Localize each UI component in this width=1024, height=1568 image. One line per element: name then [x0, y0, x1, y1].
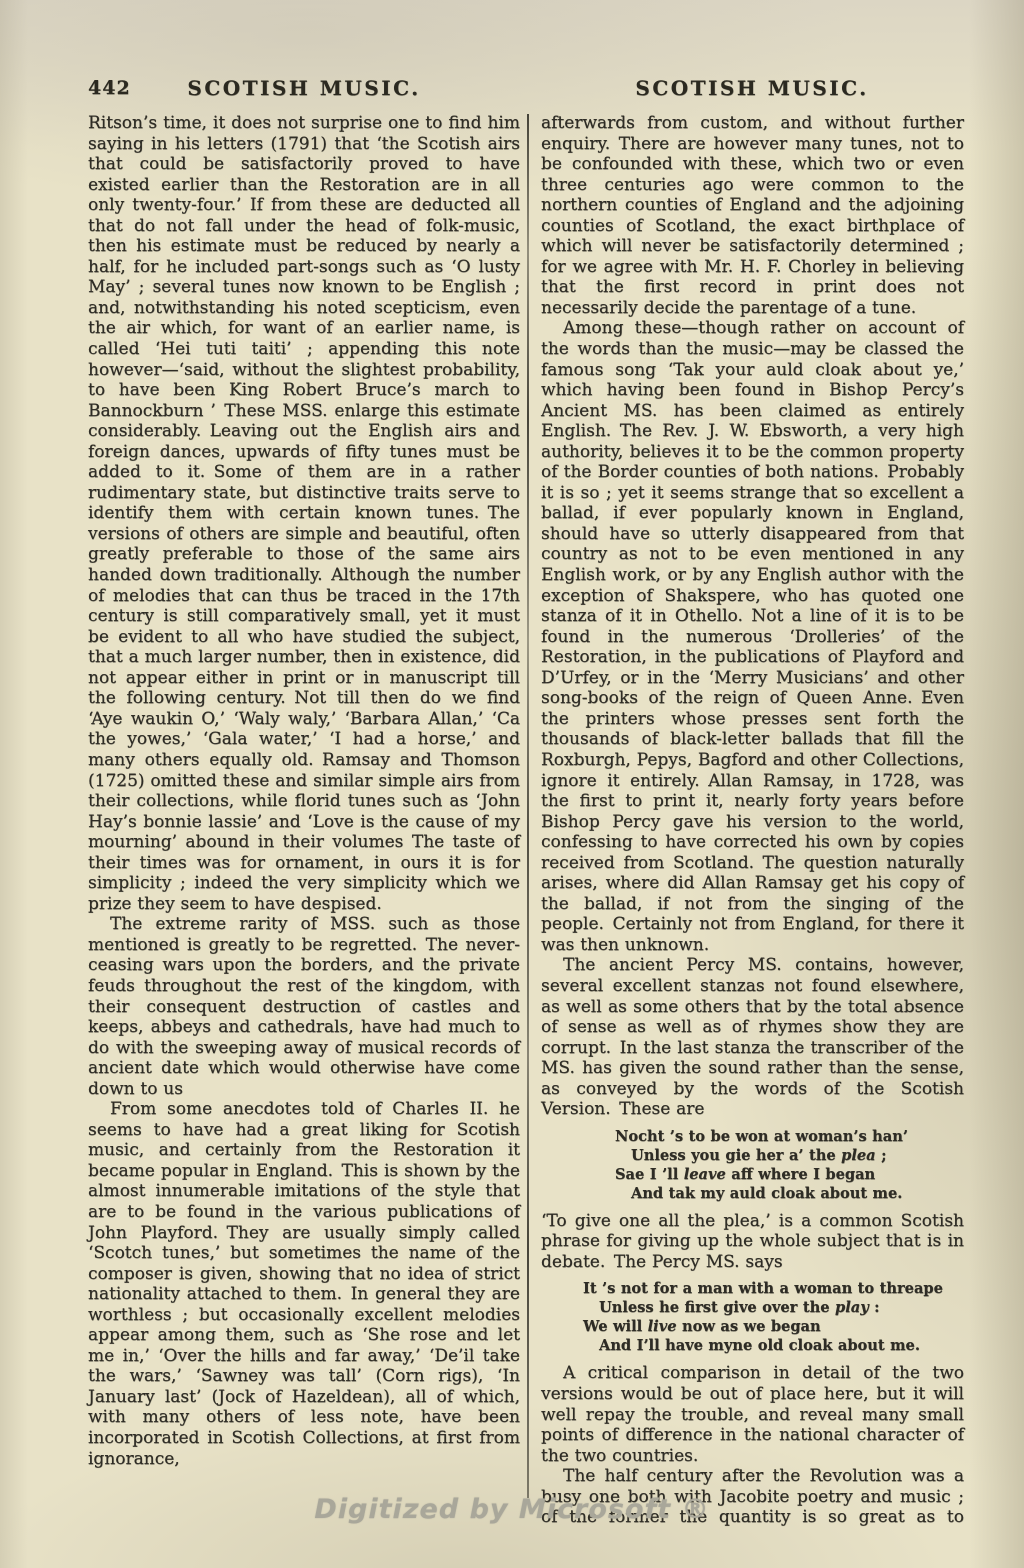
verse-line: Unless he first give over the play : [583, 1298, 964, 1317]
paragraph: Ritson’s time, it does not surprise one … [88, 113, 520, 914]
verse-line: It ’s not for a man with a woman to thre… [583, 1279, 964, 1298]
paragraph: ‘To give one all the plea,’ is a common … [541, 1211, 964, 1273]
paragraph: afterwards from custom, and without furt… [541, 113, 964, 318]
verse-line: Sae I ’ll leave aff where I began [615, 1165, 964, 1184]
verse-line: Nocht ’s to be won at woman’s han’ [615, 1127, 964, 1146]
paragraph: The ancient Percy MS. contains, however,… [541, 955, 964, 1119]
verse-stanza: Nocht ’s to be won at woman’s han’Unless… [615, 1127, 964, 1203]
text-column-right: afterwards from custom, and without furt… [541, 113, 964, 1528]
paragraph: A critical comparison in detail of the t… [541, 1363, 964, 1466]
verse-line: And I’ll have myne old cloak about me. [583, 1336, 964, 1355]
paragraph: Among these—though rather on account of … [541, 318, 964, 955]
column-divider [527, 114, 529, 1498]
text-column-left: Ritson’s time, it does not surprise one … [88, 113, 520, 1469]
verse-stanza: It ’s not for a man with a woman to thre… [583, 1279, 964, 1355]
running-head-left: SCOTISH MUSIC. [88, 76, 520, 102]
paragraph: From some anecdotes told of Charles II. … [88, 1099, 520, 1469]
digitization-watermark: Digitized by Microsoft ® [0, 1494, 1024, 1525]
paragraph: The extreme rarity of MSS. such as those… [88, 914, 520, 1099]
verse-line: Unless you gie her a’ the plea ; [615, 1146, 964, 1165]
verse-line: We will live now as we began [583, 1317, 964, 1336]
book-page: 442 SCOTISH MUSIC. SCOTISH MUSIC. Ritson… [0, 0, 1024, 1568]
running-head-right: SCOTISH MUSIC. [540, 76, 964, 102]
verse-line: And tak my auld cloak about me. [615, 1184, 964, 1203]
